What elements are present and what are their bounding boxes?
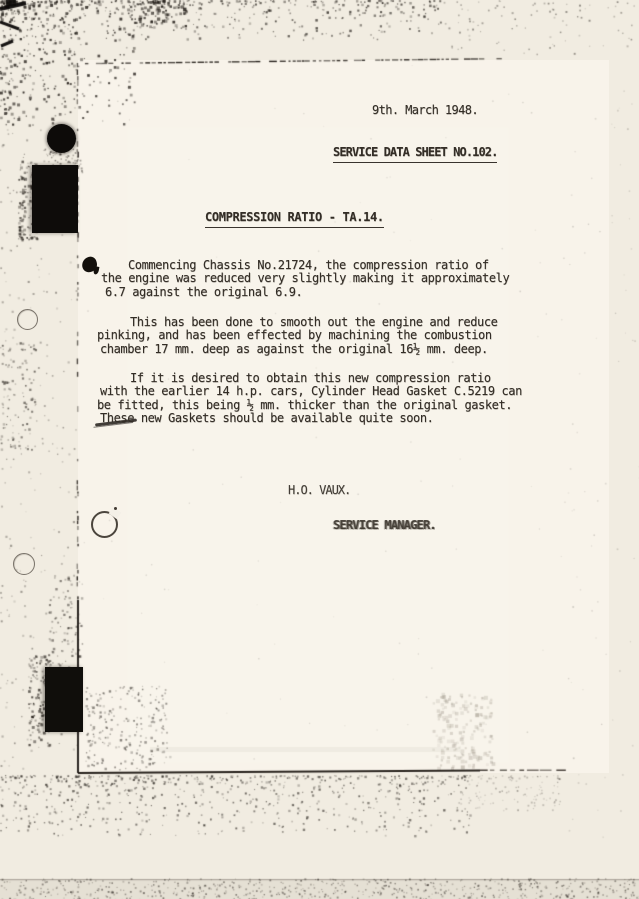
paragraph-3-line-4: These new Gaskets should be available qu… bbox=[100, 412, 433, 426]
paragraph-2-line-2: pinking, and has been effected by machin… bbox=[97, 329, 492, 343]
document-title-text: COMPRESSION RATIO - TA.14. bbox=[205, 211, 384, 228]
document-title: COMPRESSION RATIO - TA.14. bbox=[205, 211, 384, 228]
ink-blot-circle bbox=[47, 124, 76, 153]
ink-blot-rectangle-top bbox=[32, 165, 78, 233]
paragraph-1-line-3: 6.7 against the original 6.9. bbox=[105, 286, 302, 300]
paragraph-1-line-2: the engine was reduced very slightly mak… bbox=[101, 272, 509, 286]
sheet-number-heading: SERVICE DATA SHEET NO.102. bbox=[333, 146, 497, 163]
document-date: 9th. March 1948. bbox=[372, 104, 478, 118]
signature-role: SERVICE MANAGER. bbox=[333, 519, 436, 533]
ink-blot-rectangle-bottom bbox=[45, 667, 83, 732]
scan-noise-layer bbox=[0, 0, 639, 899]
pen-circle-mark bbox=[91, 511, 118, 538]
punch-hole-top bbox=[17, 309, 38, 330]
sheet-number-text: SERVICE DATA SHEET NO.102. bbox=[333, 146, 497, 163]
signature-name: H.O. VAUX. bbox=[288, 484, 350, 498]
punch-hole-bottom bbox=[13, 553, 35, 575]
paragraph-2-line-3: chamber 17 mm. deep as against the origi… bbox=[100, 343, 488, 357]
paragraph-3-line-2: with the earlier 14 h.p. cars, Cylinder … bbox=[100, 385, 522, 399]
scanned-document: 9th. March 1948. SERVICE DATA SHEET NO.1… bbox=[0, 0, 639, 899]
